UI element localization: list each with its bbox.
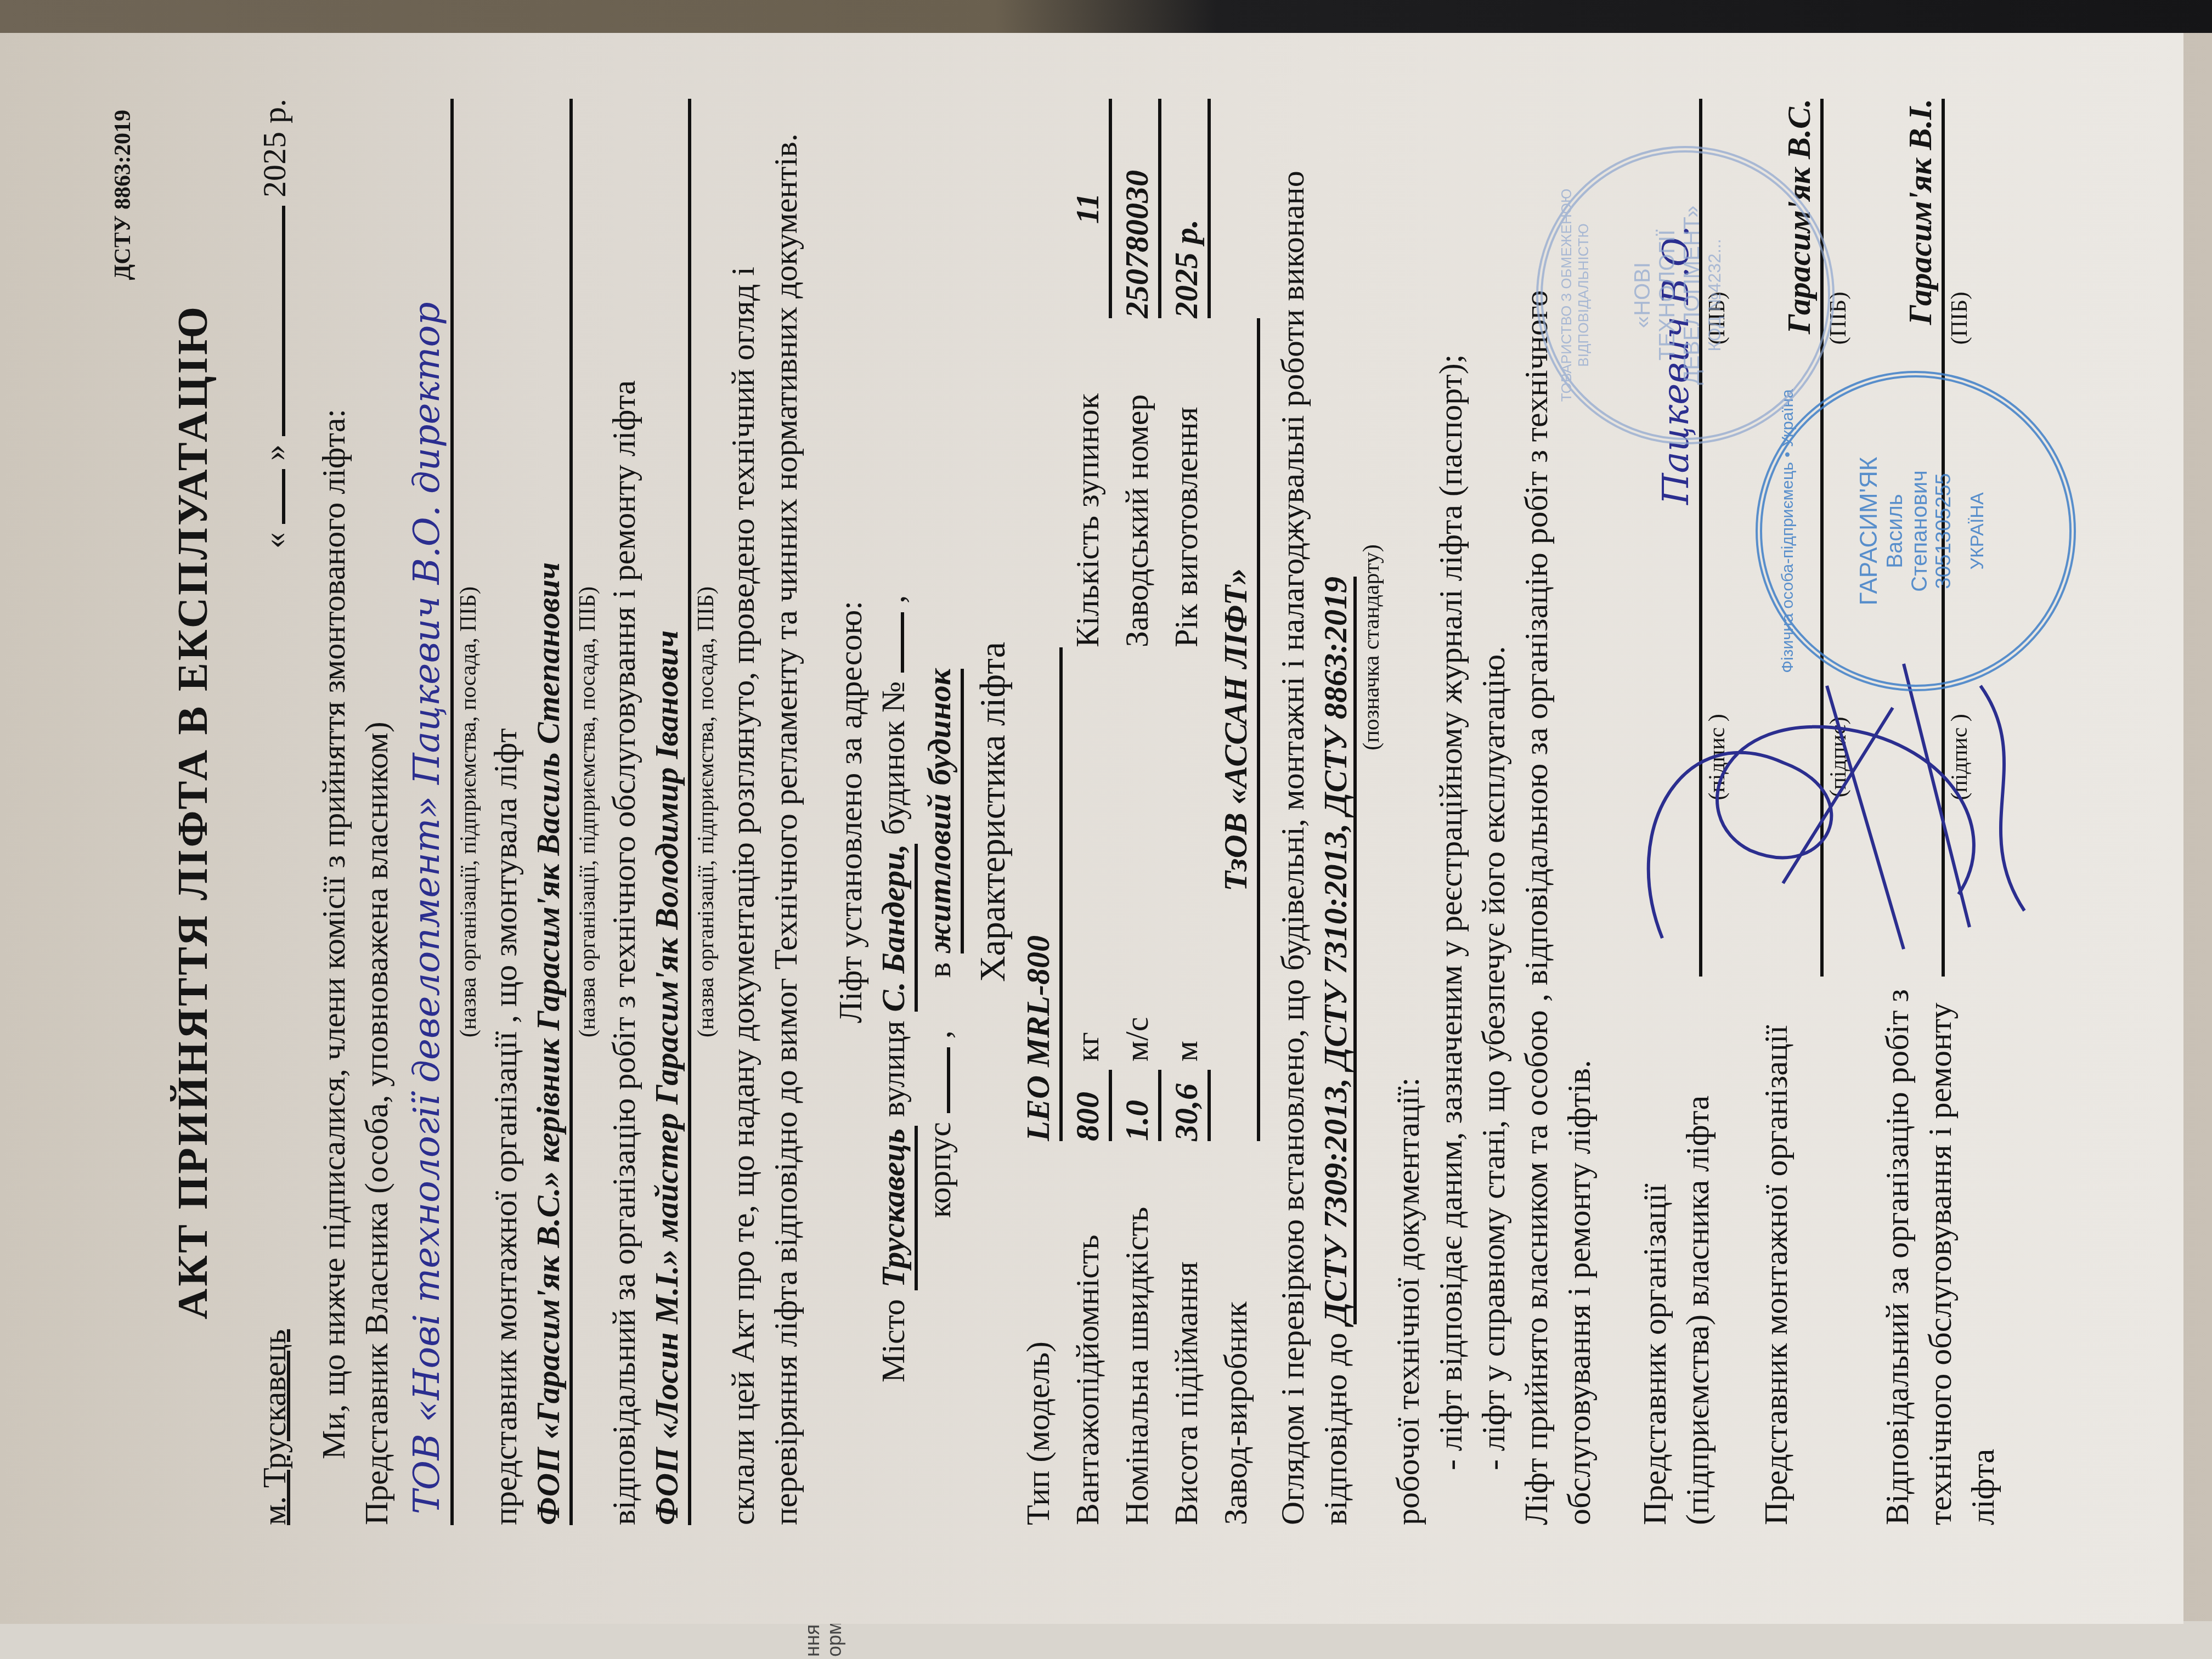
fop-stamp: Фізична особа-підприємець • Україна ГАРА… [1756,371,2076,691]
address-street-value: С. Бандери, [872,844,918,1012]
standards-caption: (позначка стандарту) [1357,99,1387,1525]
address-row-1: Місто Трускавець вулиця С. Бандери, буди… [872,99,918,1525]
city: м. Трускавець [253,1329,296,1525]
signature-role: Відповідальний за організацію робіт з те… [1876,977,2004,1525]
underlying-sheet-fragment: орм [823,1621,846,1657]
inspection-text: Оглядом і перевіркою встановлено, що буд… [1271,99,1357,1525]
serial-value: 250780030 [1115,99,1161,318]
characteristics-heading: Характеристика ліфта [969,99,1017,1525]
year-value: 2025 р. [1165,99,1211,318]
signature-role: Представник організації (підприємства) в… [1633,977,1733,1525]
underlying-sheet [0,1621,2212,1659]
address-building-value [901,612,904,673]
address-building-type-value: житловий будинок [918,669,964,953]
capacity-value: 800 [1066,1070,1112,1141]
characteristics-table: Тип (модель) LEO MRL-800 Вантажопідйомні… [1017,99,1260,1525]
document-page: ДСТУ 8863:2019 АКТ ПРИЙНЯТТЯ ЛІФТА В ЕКС… [0,33,2183,1624]
inspection-text-b: робочої технічної документації: [1386,99,1429,1525]
company-stamp: ТОВАРИСТВО З ОБМЕЖЕНОЮ ВІДПОВІДАЛЬНІСТЮ … [1536,146,1835,444]
document-title: АКТ ПРИЙНЯТТЯ ЛІФТА В ЕКСПЛУАТАЦІЮ [165,99,220,1525]
date-day-blank [282,469,285,524]
signature-role: Представник монтажної організації [1754,977,1854,1525]
underlying-sheet-fragment: ння [801,1624,824,1657]
maintenance-label: відповідальний за організацію робіт з те… [602,99,645,1525]
bullet-item: - ліфт відповідає даним, зазначеним у ре… [1429,99,1472,1525]
manufacturer-value: ТзОВ «АССАН ЛІФТ» [1214,318,1260,1141]
background-shadow [0,0,2212,33]
maintenance-value: ФОП «Лосин М.І.» майстер Гарасим'як Воло… [645,99,691,1525]
stops-value: 11 [1066,99,1112,318]
height-value: 30,6 [1165,1070,1211,1141]
installer-label: представник монтажної організації , що з… [484,99,527,1525]
date-month-blank [282,206,285,436]
owner-handwritten-value: ТОВ «Нові технології девелопмент» Пацкев… [403,99,454,1525]
city-date-row: м. Трускавець « » 2025 р. [253,99,296,1525]
statement-text: склали цей Акт про те, що надану докумен… [721,99,807,1525]
address-corpus-value [947,1047,950,1113]
installer-value: ФОП «Гарасим'як В.С.» керівник Гарасим'я… [527,99,573,1525]
owner-label: Представник Власника (особа, уповноважен… [355,99,398,1525]
address-heading: Ліфт установлено за адресою: [829,99,872,1525]
maintenance-caption: (назва організації, підприємства, посада… [691,99,721,1525]
standards-value: ДСТУ 7309:2013, ДСТУ 7310:2013, ДСТУ 886… [1317,577,1357,1324]
bullet-item: - ліфт у справному стані, що убезпечує й… [1472,99,1515,1525]
intro-text: Ми, що нижче підписалися, члени комісії … [312,99,355,1525]
address-city-value: Трускавець [872,1126,918,1290]
installer-caption: (назва організації, підприємства, посада… [573,99,603,1525]
date-field: « » 2025 р. [253,99,296,549]
standard-reference: ДСТУ 8863:2019 [110,110,136,280]
lift-type-value: LEO MRL-800 [1017,647,1063,1141]
address-row-2: корпус , в житловий будинок [918,99,964,1525]
owner-caption: (назва організації, підприємства, посада… [454,99,484,1525]
speed-value: 1.0 [1115,1070,1161,1141]
document-page-rotated: ДСТУ 8863:2019 АКТ ПРИЙНЯТТЯ ЛІФТА В ЕКС… [0,33,2183,1624]
